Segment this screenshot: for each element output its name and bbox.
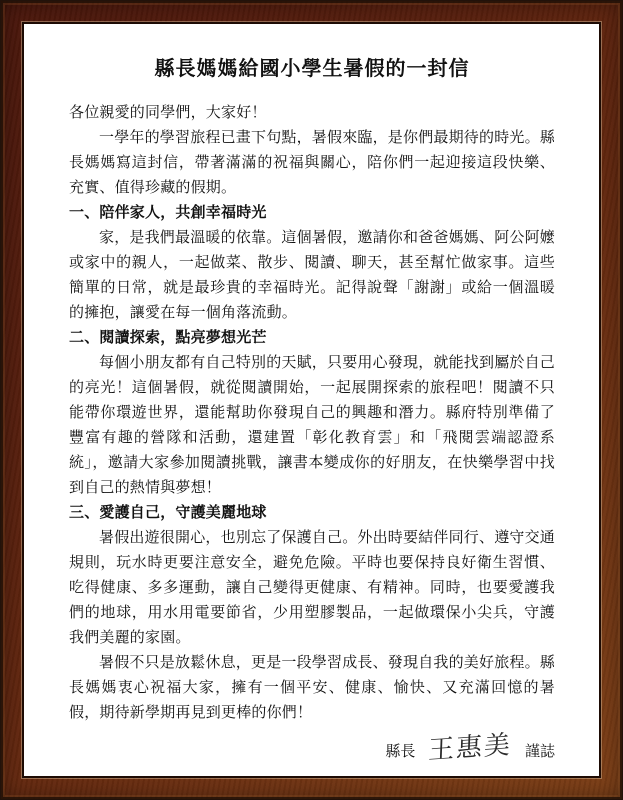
intro-paragraph: 一學年的學習旅程已畫下句點，暑假來臨，是你們最期待的時光。縣長媽媽寫這封信，帶著… (69, 125, 555, 200)
section-1-paragraph: 家，是我們最溫暖的依靠。這個暑假，邀請你和爸爸媽媽、阿公阿嬤或家中的親人，一起做… (69, 225, 555, 325)
greeting-line: 各位親愛的同學們，大家好！ (69, 100, 555, 125)
signer-role: 縣長 (385, 742, 415, 760)
picture-frame: 縣長媽媽給國小學生暑假的一封信 各位親愛的同學們，大家好！ 一學年的學習旅程已畫… (0, 0, 623, 800)
signature-suffix: 謹誌 (525, 742, 555, 760)
section-3-paragraph: 暑假出遊很開心，也別忘了保護自己。外出時要結伴同行、遵守交通規則，玩水時更要注意… (69, 525, 555, 650)
section-1-heading: 一、陪伴家人，共創幸福時光 (69, 200, 555, 225)
closing-paragraph: 暑假不只是放鬆休息，更是一段學習成長、發現自我的美好旅程。縣長媽媽衷心祝福大家，… (69, 650, 555, 725)
magistrate-handwritten-signature: 王惠美 (428, 728, 513, 768)
letter-paper: 縣長媽媽給國小學生暑假的一封信 各位親愛的同學們，大家好！ 一學年的學習旅程已畫… (24, 24, 599, 776)
section-3-heading: 三、愛護自己，守護美麗地球 (69, 500, 555, 525)
section-2-paragraph: 每個小朋友都有自己特別的天賦，只要用心發現，就能找到屬於自己的亮光！這個暑假，就… (69, 350, 555, 500)
signature-row: 縣長 王惠美 謹誌 (69, 731, 555, 768)
section-2-heading: 二、閱讀探索，點亮夢想光芒 (69, 325, 555, 350)
letter-title: 縣長媽媽給國小學生暑假的一封信 (69, 54, 555, 82)
